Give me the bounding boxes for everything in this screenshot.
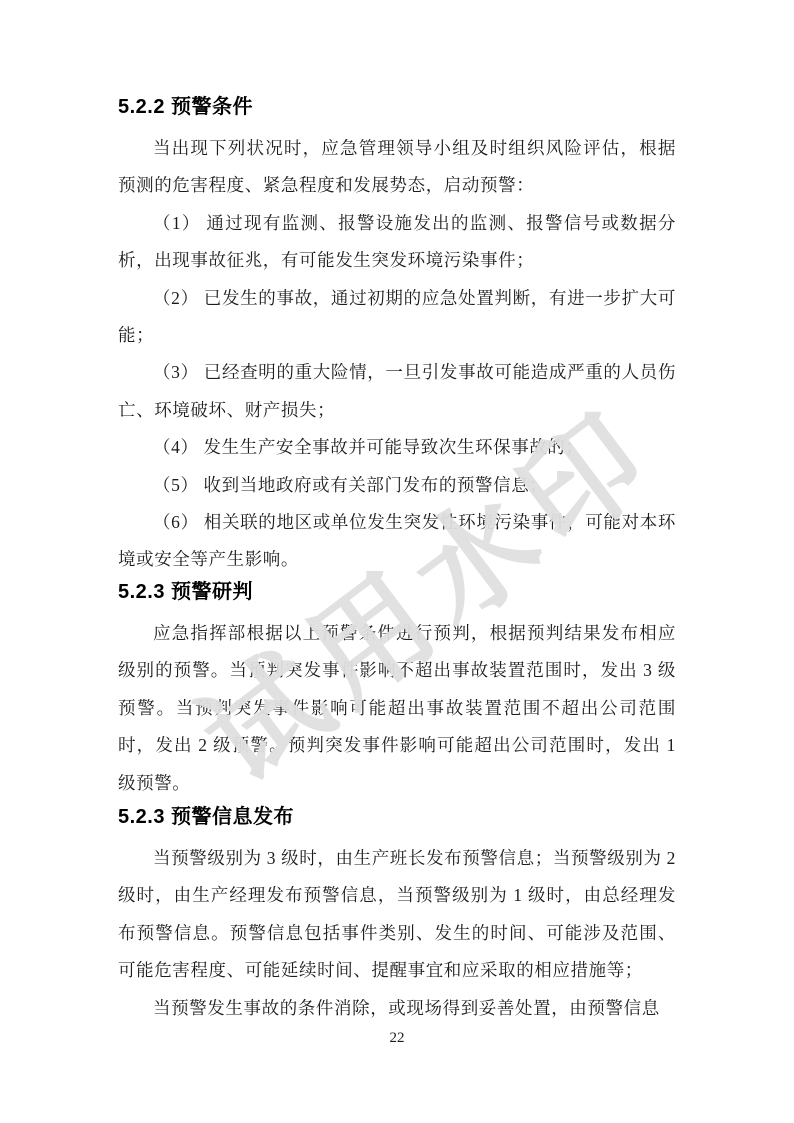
numbered-item-3: （3） 已经查明的重大险情，一旦引发事故可能造成严重的人员伤亡、环境破坏、财产损… [118,354,676,429]
document-content: 5.2.2 预警条件 当出现下列状况时，应急管理领导小组及时组织风险评估，根据预… [118,94,676,1027]
numbered-item-4: （4） 发生生产安全事故并可能导致次生环保事故的； [118,429,676,466]
document-page: 试用水印 5.2.2 预警条件 当出现下列状况时，应急管理领导小组及时组织风险评… [0,0,794,1123]
paragraph-intro: 当出现下列状况时，应急管理领导小组及时组织风险评估，根据预测的危害程度、紧急程度… [118,130,676,205]
section-heading-warning-info-release: 5.2.3 预警信息发布 [118,804,676,830]
numbered-item-5: （5） 收到当地政府或有关部门发布的预警信息； [118,467,676,504]
paragraph-assessment: 应急指挥部根据以上预警条件进行预判，根据预判结果发布相应级别的预警。当预判突发事… [118,615,676,802]
paragraph-info-release: 当预警级别为 3 级时，由生产班长发布预警信息；当预警级别为 2 级时，由生产经… [118,840,676,990]
numbered-item-6: （6） 相关联的地区或单位发生突发性环境污染事件，可能对本环境或安全等产生影响。 [118,504,676,579]
numbered-item-2: （2） 已发生的事故，通过初期的应急处置判断，有进一步扩大可能； [118,280,676,355]
section-heading-warning-assessment: 5.2.3 预警研判 [118,579,676,605]
numbered-item-1: （1） 通过现有监测、报警设施发出的监测、报警信号或数据分析，出现事故征兆，有可… [118,205,676,280]
paragraph-info-release-continued: 当预警发生事故的条件消除，或现场得到妥善处置，由预警信息 [118,990,676,1027]
section-heading-warning-conditions: 5.2.2 预警条件 [118,94,676,120]
page-number: 22 [0,1030,794,1047]
